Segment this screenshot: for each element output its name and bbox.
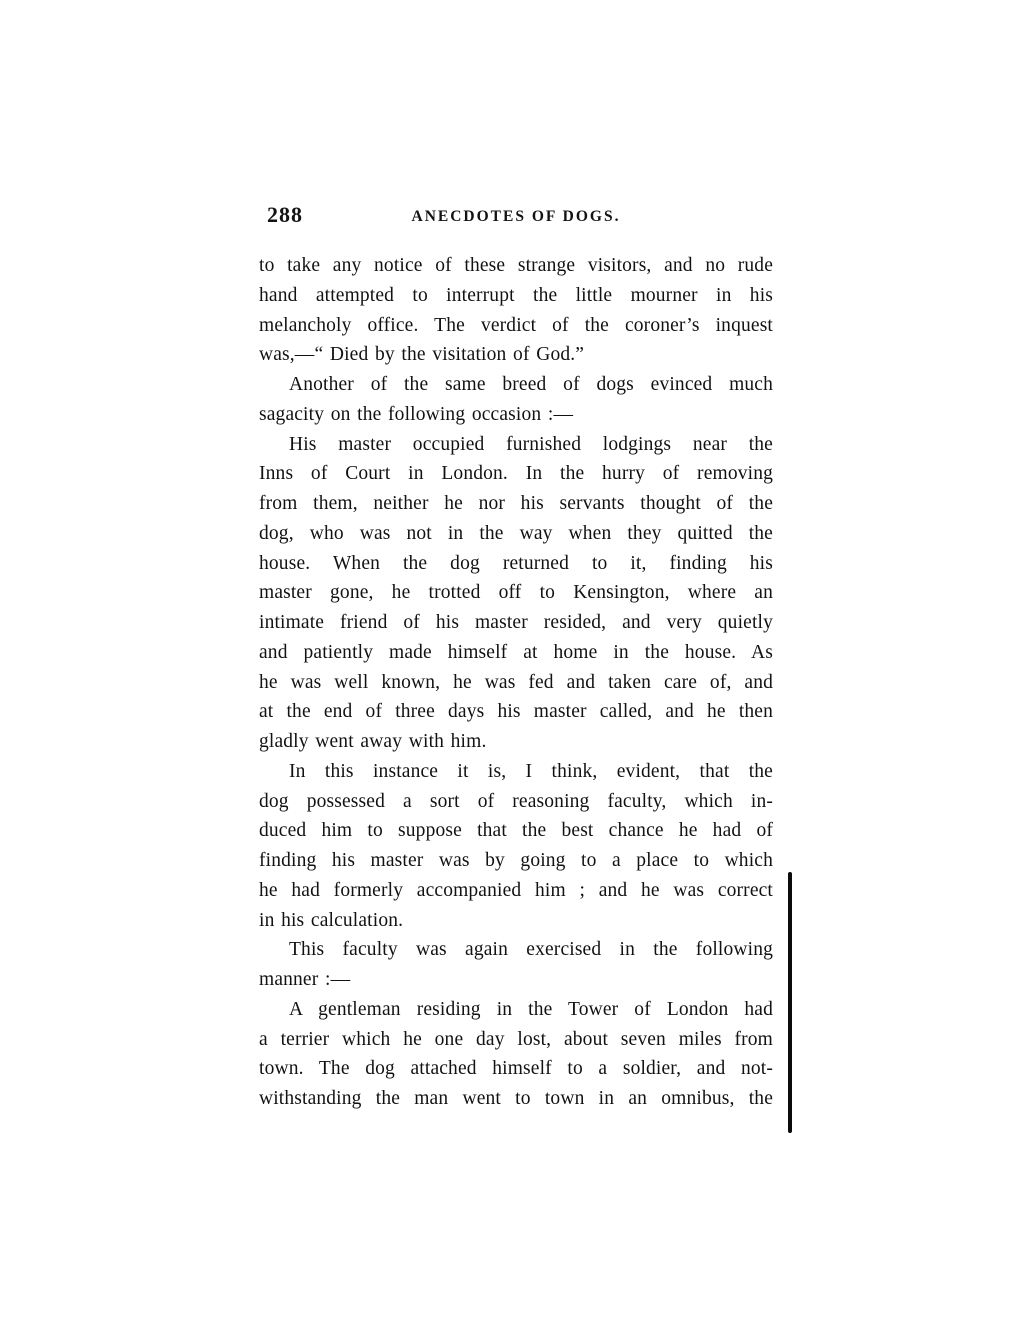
text-line: manner :— [259, 965, 773, 995]
text-line: Inns of Court in London. In the hurry of… [259, 459, 773, 489]
page-body-text: to take any notice of these strange visi… [259, 251, 773, 1114]
text-line: This faculty was again exercised in the … [259, 935, 773, 965]
text-line: was,—“ Died by the visitation of God.” [259, 340, 773, 370]
text-line: Another of the same breed of dogs evince… [259, 370, 773, 400]
text-line: to take any notice of these strange visi… [259, 251, 773, 281]
text-line: finding his master was by going to a pla… [259, 846, 773, 876]
text-line: hand attempted to interrupt the little m… [259, 281, 773, 311]
text-line: In this instance it is, I think, evident… [259, 757, 773, 787]
text-line: at the end of three days his master call… [259, 697, 773, 727]
text-line: master gone, he trotted off to Kensingto… [259, 578, 773, 608]
running-header-title: ANECDOTES OF DOGS. [259, 208, 773, 226]
text-line: His master occupied furnished lodgings n… [259, 430, 773, 460]
text-line: gladly went away with him. [259, 727, 773, 757]
page-header: 288 ANECDOTES OF DOGS. [259, 202, 773, 230]
text-line: house. When the dog returned to it, find… [259, 549, 773, 579]
text-line: A gentleman residing in the Tower of Lon… [259, 995, 773, 1025]
text-line: dog, who was not in the way when they qu… [259, 519, 773, 549]
text-line: a terrier which he one day lost, about s… [259, 1025, 773, 1055]
text-line: withstanding the man went to town in an … [259, 1084, 773, 1114]
text-line: from them, neither he nor his servants t… [259, 489, 773, 519]
scan-edge-mark [788, 872, 792, 1133]
text-line: intimate friend of his master resided, a… [259, 608, 773, 638]
text-line: he had formerly accompanied him ; and he… [259, 876, 773, 906]
text-line: dog possessed a sort of reasoning facult… [259, 787, 773, 817]
text-line: sagacity on the following occasion :— [259, 400, 773, 430]
book-page: 288 ANECDOTES OF DOGS. to take any notic… [0, 0, 1033, 1339]
text-line: in his calculation. [259, 906, 773, 936]
text-line: town. The dog attached himself to a sold… [259, 1054, 773, 1084]
text-line: melancholy office. The verdict of the co… [259, 311, 773, 341]
text-line: he was well known, he was fed and taken … [259, 668, 773, 698]
text-line: duced him to suppose that the best chanc… [259, 816, 773, 846]
text-line: and patiently made himself at home in th… [259, 638, 773, 668]
